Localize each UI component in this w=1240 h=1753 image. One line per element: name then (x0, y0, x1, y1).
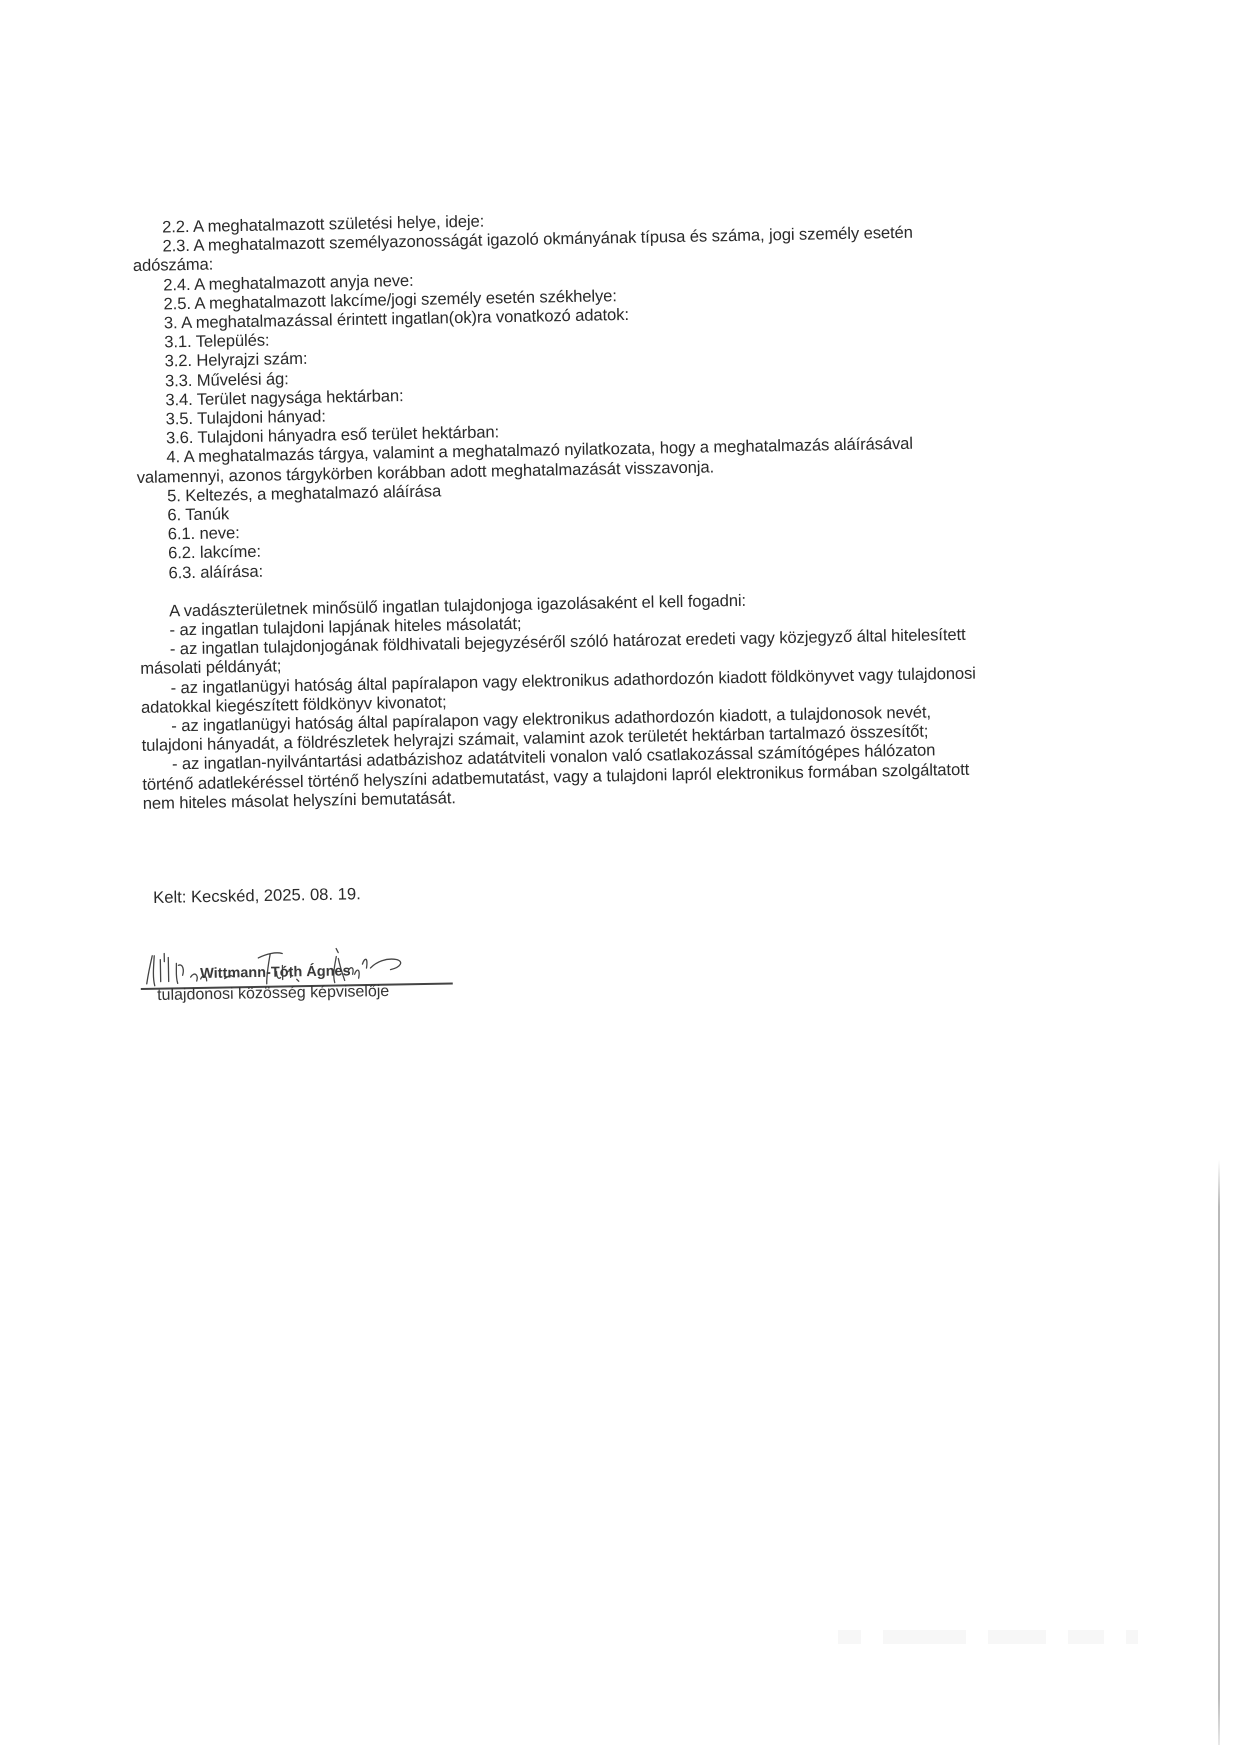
scan-edge-line (1218, 1160, 1220, 1745)
form-fields-list: 2.2. A meghatalmazott születési helye, i… (132, 202, 1019, 583)
document-body: 2.2. A meghatalmazott születési helye, i… (132, 202, 1023, 813)
faint-scan-marks (838, 1630, 1138, 1644)
signatory-role: tulajdonosi közösség képviselője (157, 983, 389, 1005)
date-place-line: Kelt: Kecskéd, 2025. 08. 19. (153, 884, 361, 908)
scanned-page: 2.2. A meghatalmazott születési helye, i… (0, 0, 1240, 1753)
ownership-proof-list: - az ingatlan tulajdoni lapjának hiteles… (139, 605, 1022, 813)
signatory-name: Wittmann-Tóth Ágnes (200, 963, 351, 982)
